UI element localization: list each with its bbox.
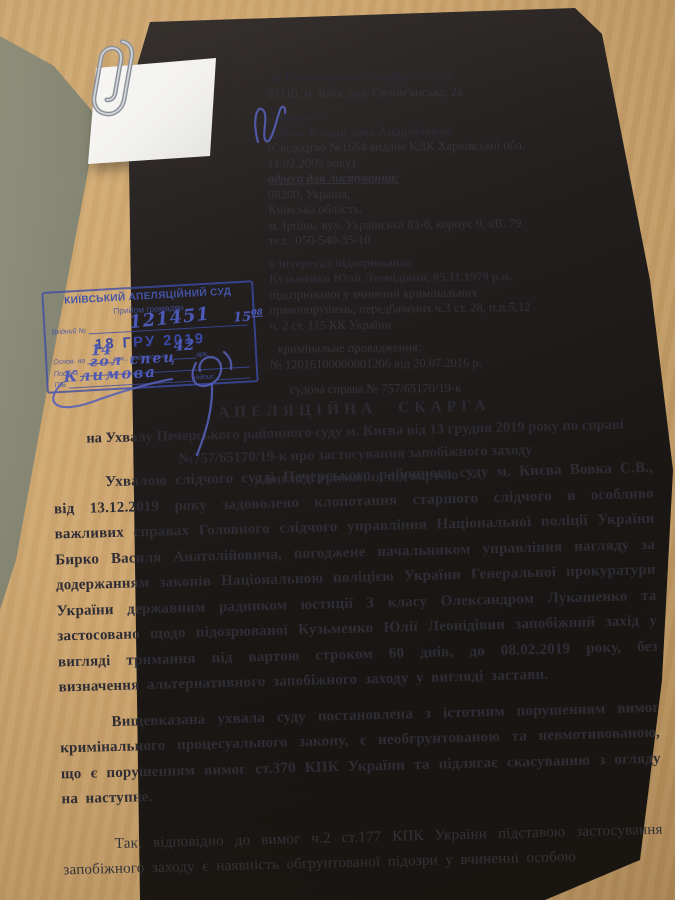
stamp-blank-line [216, 369, 250, 380]
body-paragraph: Ухвалою слідчого судді Печерського район… [53, 456, 659, 701]
appeal-body: Ухвалою слідчого судді Печерського район… [53, 456, 664, 884]
photo-scene: До Київського апеляційного суду 03110, м… [0, 0, 675, 900]
body-paragraph: Вищевказана ухвала суду постановлена з і… [59, 695, 661, 813]
stamp-name-handwritten: Климова [63, 363, 157, 386]
proceeding-number: № 12016100000001206 від 20.07.2016 р. [270, 354, 622, 373]
stamp-sheets-label: Основ. на [53, 358, 87, 367]
stamp-sheets-add-handwritten: 42 [173, 336, 195, 355]
stamp-time-handwritten: 1508 [233, 308, 264, 326]
stamp-blank-line: Климова [68, 373, 194, 389]
stamp-incoming-label: Вхідний № [51, 327, 88, 336]
registration-stamp: КИЇВСЬКИЙ АПЕЛЯЦІЙНИЙ СУД Прийом громадя… [41, 280, 258, 394]
suspect-details-line: ч. 2 ст. 115 КК України [269, 315, 621, 334]
stamp-signature-label: підпис [194, 373, 217, 381]
phone-line: тел.: 050-540-35-10 [268, 230, 620, 249]
stamp-sheets-label: арк. [196, 351, 211, 359]
recipient-address-line: 03110, м. Київ, вул. Солом'янська, 2а [267, 83, 619, 102]
address-block: До Київського апеляційного суду 03110, м… [267, 67, 622, 398]
